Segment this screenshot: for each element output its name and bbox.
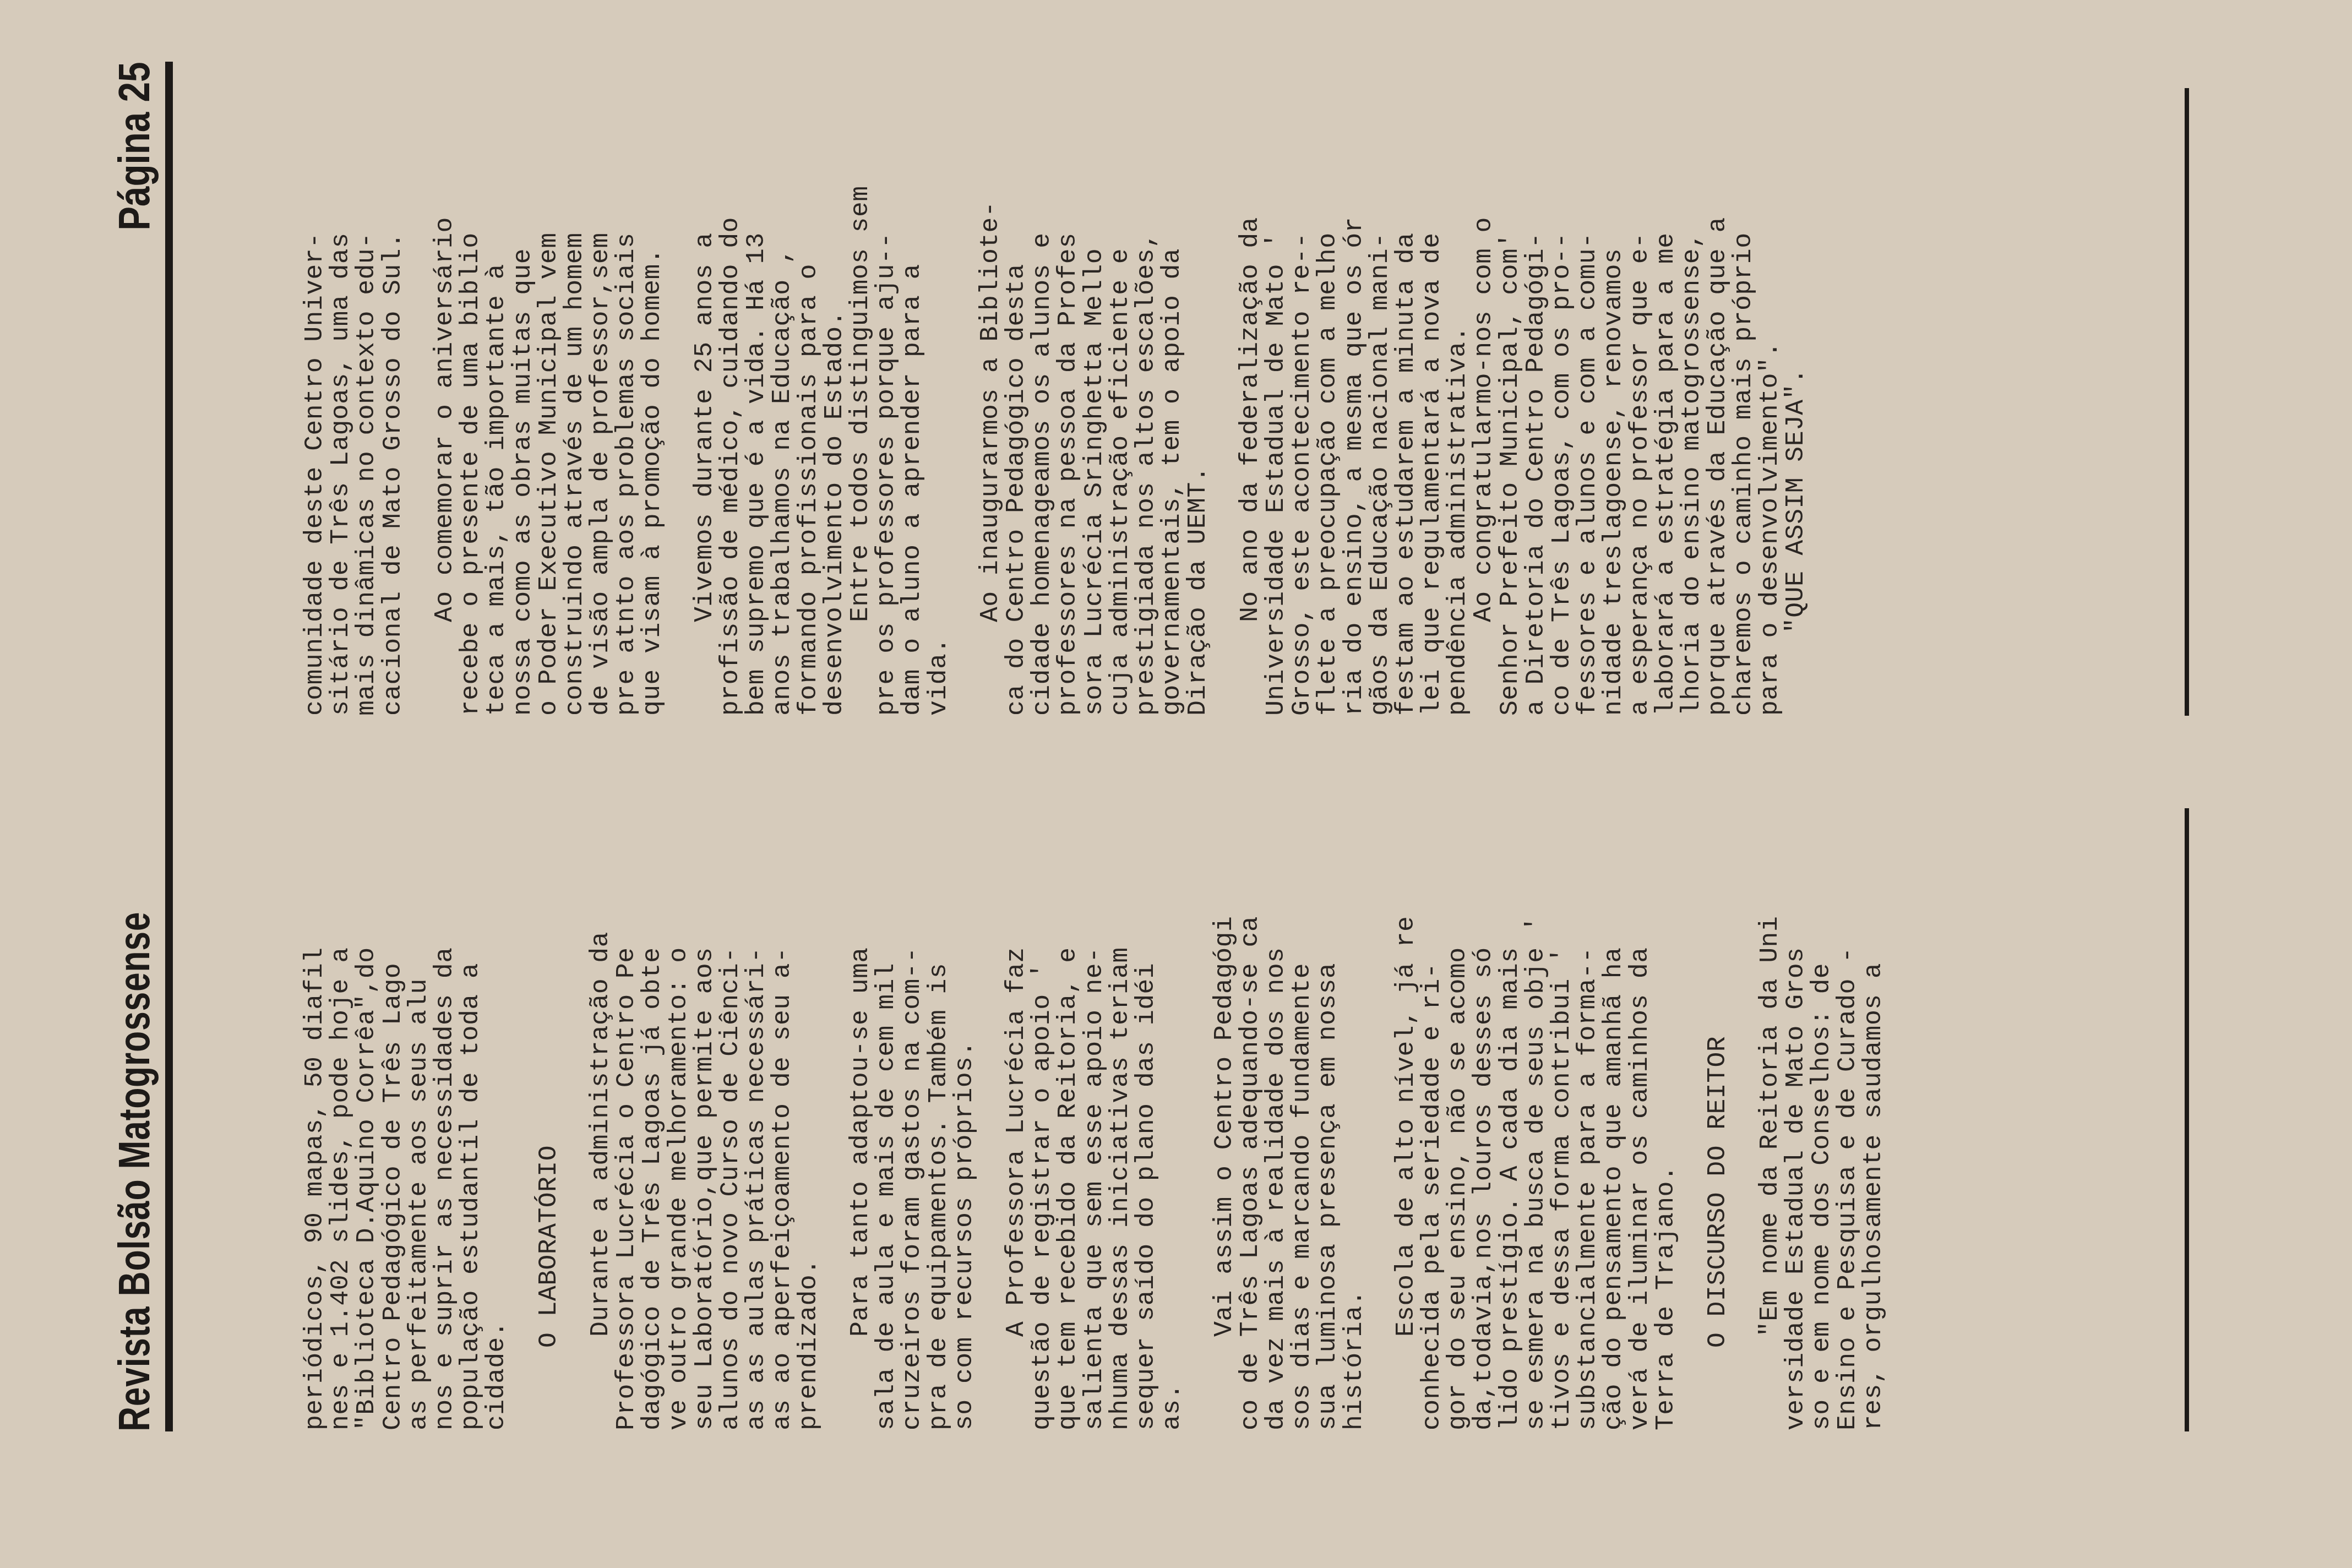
text-line: nos e suprir as necessidades da bbox=[432, 792, 458, 1430]
text-line: as ao aperfeiçoamento de seu a- bbox=[769, 792, 795, 1430]
text-line: as as aulas práticas necessári- bbox=[743, 792, 769, 1430]
text-line: lhoria do ensino matogrossense, bbox=[1679, 77, 1705, 716]
text-line: Centro Pedagógico de Três Lago bbox=[380, 792, 406, 1430]
paragraph-spacer bbox=[406, 77, 432, 716]
text-line: bem supremo que é a vida. Há 13 bbox=[743, 77, 769, 716]
text-line: ria do ensino, a mesma que os ór bbox=[1341, 77, 1367, 716]
text-line: substancialmente para a forma-- bbox=[1575, 792, 1600, 1430]
text-line: conhecida pela seriedade e ri- bbox=[1419, 792, 1445, 1430]
text-line: Ensino e Pesquisa e de Curado - bbox=[1834, 792, 1860, 1430]
paragraph-spacer bbox=[951, 77, 977, 716]
magazine-page: Revista Bolsão Matogrossense Página 25 p… bbox=[0, 0, 2352, 1568]
text-line: ção do pensamento que amanhã ha bbox=[1600, 792, 1626, 1430]
text-line: so com recursos próprios. bbox=[951, 792, 977, 1430]
text-line: tivos e dessa forma contribui ' bbox=[1549, 792, 1575, 1430]
section-heading: O LABORATÓRIO bbox=[536, 792, 562, 1430]
text-line: gãos da Educação nacional mani- bbox=[1367, 77, 1393, 716]
text-line: se esmera na busca de seus obje ' bbox=[1523, 792, 1549, 1430]
text-line: sala de aula e mais de cem mil bbox=[873, 792, 899, 1430]
text-line: verá de iluminar os caminhos da bbox=[1627, 792, 1653, 1430]
paragraph-first-line: Vivemos durante 25 anos a bbox=[692, 77, 717, 716]
text-line: governamentais, tem o apoio da bbox=[1159, 77, 1185, 716]
text-line: alunos do novo Curso de Ciênci- bbox=[717, 792, 743, 1430]
text-line: cidade. bbox=[483, 792, 509, 1430]
paragraph-spacer bbox=[562, 792, 587, 1430]
text-line: mais dinâmicas no contexto edu- bbox=[353, 77, 379, 716]
text-line: versidade Estadual de Mato Gros bbox=[1783, 792, 1809, 1430]
text-line: profissão de médico, cuidando do bbox=[717, 77, 743, 716]
paragraph-first-line: Ao congratularmo-nos com o bbox=[1471, 77, 1496, 716]
paragraph-spacer bbox=[821, 792, 847, 1430]
text-line: história. bbox=[1341, 792, 1367, 1430]
text-line: formando profissionais para o bbox=[796, 77, 821, 716]
text-line: nhuma dessas iniciativas teriam bbox=[1107, 792, 1133, 1430]
text-line: lei que regulamentará a nova de bbox=[1419, 77, 1445, 716]
page-number: Página 25 bbox=[109, 62, 160, 230]
text-line: comunidade deste Centro Univer- bbox=[302, 77, 328, 716]
paragraph-spacer bbox=[1211, 77, 1237, 716]
text-line: Senhor Prefeito Municipal, com' bbox=[1497, 77, 1523, 716]
text-line: so e em nome dos Conselhos: de bbox=[1809, 792, 1834, 1430]
text-line: construindo através de um homem bbox=[562, 77, 587, 716]
text-line: porque através da Educação que a bbox=[1705, 77, 1730, 716]
left-text-column: periódicos, 90 mapas, 50 diafilnes e 1.4… bbox=[302, 792, 1886, 1430]
paragraph-first-line: Para tanto adaptou-se uma bbox=[847, 792, 873, 1430]
text-line: sua luminosa presença em nossa bbox=[1315, 792, 1341, 1430]
text-line: pendência administrativa. bbox=[1445, 77, 1471, 716]
text-line: teca a mais, tão importante à bbox=[483, 77, 509, 716]
text-line: sos dias e marcando fundamente bbox=[1289, 792, 1315, 1430]
text-line: res, orgulhosamente saudamos a bbox=[1860, 792, 1886, 1430]
right-text-column: comunidade deste Centro Univer-sitário d… bbox=[302, 77, 1809, 716]
paragraph-first-line: Escola de alto nível, já re bbox=[1393, 792, 1419, 1430]
paragraph-first-line: Entre todos distinguimos sem bbox=[847, 77, 873, 716]
text-line: professores na pessoa da Profes bbox=[1055, 77, 1081, 716]
text-line: charemos o caminho mais próprio bbox=[1730, 77, 1756, 716]
left-column-end-rule bbox=[2185, 808, 2189, 1431]
text-line: prendizado. bbox=[796, 792, 821, 1430]
paragraph-first-line: Ao comemorar o aniversário bbox=[432, 77, 458, 716]
text-line: festam ao estudarem a minuta da bbox=[1393, 77, 1419, 716]
text-line: periódicos, 90 mapas, 50 diafil bbox=[302, 792, 328, 1430]
text-line: ca do Centro Pedagógico desta bbox=[1003, 77, 1029, 716]
text-line: nidade treslagoense, renovamos bbox=[1600, 77, 1626, 716]
text-line: que visam à promoção do homem. bbox=[639, 77, 665, 716]
text-line: para o desenvolvimento". bbox=[1757, 77, 1783, 716]
paragraph-spacer bbox=[1367, 792, 1393, 1430]
paragraph-spacer bbox=[1679, 792, 1705, 1430]
text-line: recebe o presente de uma biblio bbox=[458, 77, 483, 716]
text-line: vida. bbox=[925, 77, 951, 716]
paragraph-first-line: Vai assim o Centro Pedagógi bbox=[1211, 792, 1237, 1430]
text-line: que tem recebido da Reitoria, e bbox=[1055, 792, 1081, 1430]
text-line: desenvolvimento do Estado. bbox=[821, 77, 847, 716]
paragraph-spacer bbox=[510, 792, 536, 1430]
text-line: sora Lucrécia Sringhetta Mello bbox=[1081, 77, 1107, 716]
text-line: o Poder Executivo Municipal vem bbox=[536, 77, 562, 716]
paragraph-spacer bbox=[1730, 792, 1756, 1430]
text-line: nes e 1.402 slides, pode hoje a bbox=[328, 792, 353, 1430]
text-line: gor do seu ensino, não se acomo bbox=[1445, 792, 1471, 1430]
paragraph-first-line: Ao inaugurarmos a Bibliote- bbox=[977, 77, 1003, 716]
text-line: prestigiada nos altos escalões, bbox=[1133, 77, 1159, 716]
text-line: sitário de Três Lagoas, uma das bbox=[328, 77, 353, 716]
text-line: Terra de Trajano. bbox=[1653, 792, 1679, 1430]
text-line: seu Laboratório,que permite aos bbox=[692, 792, 717, 1430]
text-line: as. bbox=[1159, 792, 1185, 1430]
paragraph-spacer bbox=[1185, 792, 1211, 1430]
text-line: Universidade Estadual de Mato ' bbox=[1263, 77, 1289, 716]
text-line: ve outro grande melhoramento: o bbox=[666, 792, 692, 1430]
text-line: as perfeitamente aos seus alu bbox=[406, 792, 432, 1430]
section-heading: O DISCURSO DO REITOR bbox=[1705, 792, 1730, 1430]
paragraph-first-line: A Professora Lucrécia faz bbox=[1003, 792, 1029, 1430]
text-line: lido prestígio. A cada dia mais bbox=[1497, 792, 1523, 1430]
text-line: da,todavia,nos louros desses só bbox=[1471, 792, 1496, 1430]
text-line: co de Três Lagoas, com os pro-- bbox=[1549, 77, 1575, 716]
right-column-end-rule bbox=[2185, 88, 2189, 716]
text-line: pra de equipamentos. Também is bbox=[925, 792, 951, 1430]
paragraph-first-line: "Em nome da Reitoria da Uni bbox=[1757, 792, 1783, 1430]
text-line: salienta que sem esse apoio ne- bbox=[1081, 792, 1107, 1430]
text-line: Professora Lucrécia o Centro Pe bbox=[613, 792, 639, 1430]
text-line: da vez mais à realidade dos nos bbox=[1263, 792, 1289, 1430]
text-line: cuja administração eficiente e bbox=[1107, 77, 1133, 716]
text-line: de visão ampla de professor,sem bbox=[587, 77, 613, 716]
text-line: nossa como as obras muitas que bbox=[510, 77, 536, 716]
paragraph-spacer bbox=[666, 77, 692, 716]
text-line: questão de registrar o apoio ' bbox=[1029, 792, 1055, 1430]
text-line: cacional de Mato Grosso do Sul. bbox=[380, 77, 406, 716]
text-line: dagógico de Três Lagoas já obte bbox=[639, 792, 665, 1430]
text-line: sequer saído do plano das idéi bbox=[1133, 792, 1159, 1430]
text-line: "Biblioteca D.Aquino Corrêa",do bbox=[353, 792, 379, 1430]
text-line: Grosso, este acontecimento re-- bbox=[1289, 77, 1315, 716]
paragraph-spacer bbox=[977, 792, 1003, 1430]
magazine-title: Revista Bolsão Matogrossense bbox=[109, 912, 160, 1431]
text-line: dam o aluno a aprender para a bbox=[899, 77, 925, 716]
text-line: a esperança no professor que e- bbox=[1627, 77, 1653, 716]
text-line: fessores e alunos e com a comu- bbox=[1575, 77, 1600, 716]
text-line: cruzeiros foram gastos na com-- bbox=[899, 792, 925, 1430]
text-line: pre os professores porque aju-- bbox=[873, 77, 899, 716]
paragraph-first-line: Durante a administração da bbox=[587, 792, 613, 1430]
text-line: co de Três Lagoas adequando-se ca bbox=[1237, 792, 1263, 1430]
section-heading: "QUE ASSIM SEJA". bbox=[1783, 77, 1809, 716]
text-line: população estudantil de toda a bbox=[458, 792, 483, 1430]
text-line: anos trabalhamos na Educação , bbox=[769, 77, 795, 716]
text-line: flete a preocupação com a melho bbox=[1315, 77, 1341, 716]
text-line: pre atnto aos problemas sociais bbox=[613, 77, 639, 716]
text-line: laborará a estratégia para a me bbox=[1653, 77, 1679, 716]
page-header: Revista Bolsão Matogrossense Página 25 bbox=[105, 62, 173, 1431]
paragraph-first-line: No ano da federalização da bbox=[1237, 77, 1263, 716]
text-line: Diração da UEMT. bbox=[1185, 77, 1211, 716]
text-line: a Diretoria do Centro Pedagógi- bbox=[1523, 77, 1549, 716]
text-line: cidade homenageamos os alunos e bbox=[1029, 77, 1055, 716]
